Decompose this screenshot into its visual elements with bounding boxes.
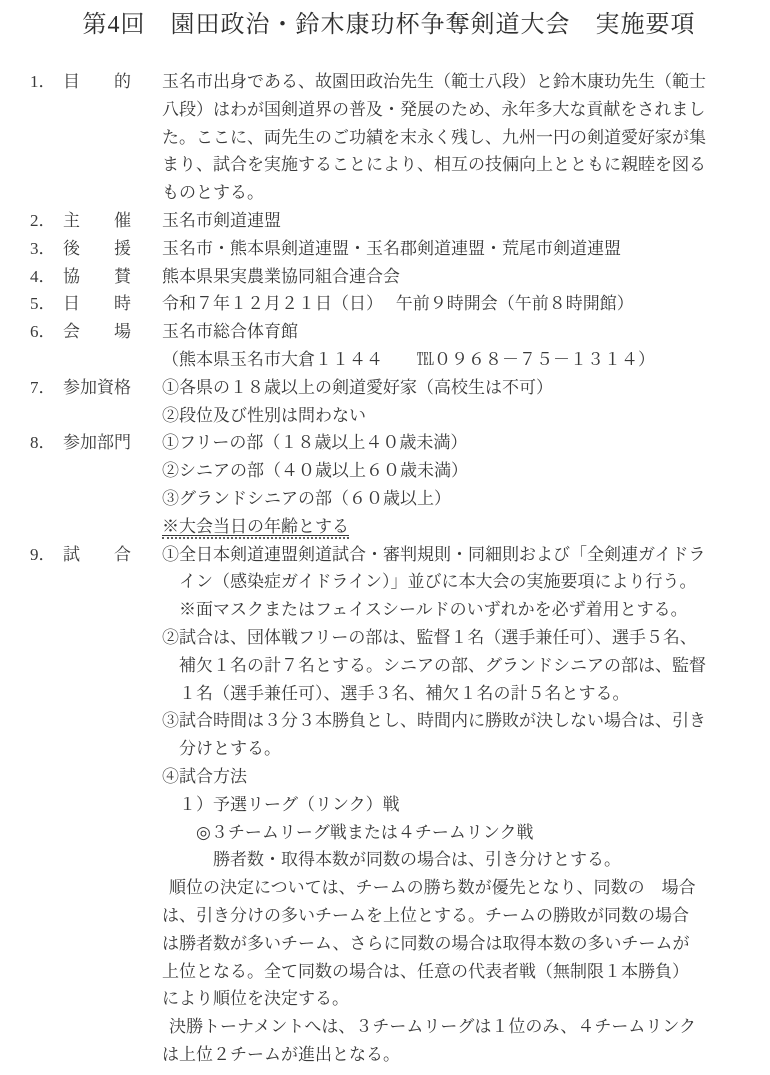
section-eligibility: 7．参加資格 ①各県の１８歳以上の剣道愛好家（高校生は不可） ②段位及び性別は問… [30, 374, 748, 430]
text-line: 八段）はわが国剣道界の普及・発展のため、永年多大な貢献をされまし [162, 96, 748, 124]
text-line: ③試合時間は３分３本勝負とし、時間内に勝敗が決しない場合は、引き [162, 707, 748, 735]
document-page: 第4回 園田政治・鈴木康玏杯争奪剣道大会 実施要項 1．目 的 玉名市出身である… [0, 0, 770, 1069]
section-number: 7． [30, 374, 63, 402]
venue-address-line: （熊本県玉名市大倉１１４４ ℡０９６８－７５－１３１４） [162, 346, 748, 374]
age-note-line: ※大会当日の年齢とする [162, 513, 748, 541]
text-line: まり、試合を実施することにより、相互の技倆向上とともに親睦を図る [162, 151, 748, 179]
section-body: 熊本県果実農業協同組合連合会 [162, 263, 748, 291]
text-line: 玉名市総合体育館 [162, 318, 748, 346]
section-label: 7．参加資格 [30, 374, 162, 430]
section-match: 9．試 合 ①全日本剣道連盟剣道試合・審判規則・同細則および「全剣連ガイドラ イ… [30, 541, 748, 1069]
section-body: 玉名市・熊本県剣道連盟・玉名郡剣道連盟・荒尾市剣道連盟 [162, 235, 748, 263]
text-line: た。ここに、両先生のご功績を末永く残し、九州一円の剣道愛好家が集 [162, 124, 748, 152]
section-number: 6． [30, 318, 63, 346]
text-line: 決勝トーナメントへは、３チームリーグは１位のみ、４チームリンク [162, 1013, 748, 1041]
section-number: 5． [30, 290, 63, 318]
text-line: ものとする。 [162, 179, 748, 207]
section-divisions: 8．参加部門 ①フリーの部（１８歳以上４０歳未満） ②シニアの部（４０歳以上６０… [30, 429, 748, 540]
section-purpose: 1．目 的 玉名市出身である、故園田政治先生（範士八段）と鈴木康玏先生（範士 八… [30, 68, 748, 207]
text-line: ①各県の１８歳以上の剣道愛好家（高校生は不可） [162, 374, 748, 402]
section-heading: 会 場 [63, 322, 131, 341]
section-body: 令和７年１２月２１日（日） 午前９時開会（午前８時開館） [162, 290, 748, 318]
text-line: ③グランドシニアの部（６０歳以上） [162, 485, 748, 513]
section-heading: 協 賛 [63, 267, 131, 286]
section-body: 玉名市剣道連盟 [162, 207, 748, 235]
section-label: 4．協 賛 [30, 263, 162, 291]
section-body: 玉名市出身である、故園田政治先生（範士八段）と鈴木康玏先生（範士 八段）はわが国… [162, 68, 748, 207]
text-line: １名（選手兼任可）、選手３名、補欠１名の計５名とする。 [162, 680, 748, 708]
text-line: は上位２チームが進出となる。 [162, 1041, 748, 1069]
text-line: ①フリーの部（１８歳以上４０歳未満） [162, 429, 748, 457]
section-number: 2． [30, 207, 63, 235]
text-line: 順位の決定については、チームの勝ち数が優先となり、同数の 場合 [162, 874, 748, 902]
text-line: ②シニアの部（４０歳以上６０歳未満） [162, 457, 748, 485]
section-number: 8． [30, 429, 63, 457]
section-body: ①各県の１８歳以上の剣道愛好家（高校生は不可） ②段位及び性別は問わない [162, 374, 748, 430]
text-line: イン（感染症ガイドライン）」並びに本大会の実施要項により行う。 [162, 568, 748, 596]
section-sponsor: 4．協 賛 熊本県果実農業協同組合連合会 [30, 263, 748, 291]
section-label: 9．試 合 [30, 541, 162, 1069]
text-line: 玉名市出身である、故園田政治先生（範士八段）と鈴木康玏先生（範士 [162, 68, 748, 96]
text-line: により順位を決定する。 [162, 985, 748, 1013]
text-line: 上位となる。全て同数の場合は、任意の代表者戦（無制限１本勝負） [162, 958, 748, 986]
section-number: 1． [30, 68, 63, 96]
section-label: 5．日 時 [30, 290, 162, 318]
text-line: 勝者数・取得本数が同数の場合は、引き分けとする。 [162, 846, 748, 874]
age-note-underlined-text: ※大会当日の年齢とする [162, 517, 349, 539]
text-line: は、引き分けの多いチームを上位とする。チームの勝敗が同数の場合 [162, 902, 748, 930]
text-line: ◎３チームリーグ戦または４チームリンク戦 [162, 819, 748, 847]
section-body: ①全日本剣道連盟剣道試合・審判規則・同細則および「全剣連ガイドラ イン（感染症ガ… [162, 541, 748, 1069]
section-label: 6．会 場 [30, 318, 162, 374]
section-heading: 試 合 [63, 545, 131, 564]
text-line: 補欠１名の計７名とする。シニアの部、グランドシニアの部は、監督 [162, 652, 748, 680]
section-venue: 6．会 場 玉名市総合体育館 （熊本県玉名市大倉１１４４ ℡０９６８－７５－１３… [30, 318, 748, 374]
text-line: ②試合は、団体戦フリーの部は、監督１名（選手兼任可）、選手５名、 [162, 624, 748, 652]
section-body: 玉名市総合体育館 （熊本県玉名市大倉１１４４ ℡０９６８－７５－１３１４） [162, 318, 748, 374]
text-line: ※面マスクまたはフェイスシールドのいずれかを必ず着用とする。 [162, 596, 748, 624]
section-body: ①フリーの部（１８歳以上４０歳未満） ②シニアの部（４０歳以上６０歳未満） ③グ… [162, 429, 748, 540]
section-heading: 日 時 [63, 294, 131, 313]
text-line: ①全日本剣道連盟剣道試合・審判規則・同細則および「全剣連ガイドラ [162, 541, 748, 569]
section-heading: 参加部門 [63, 433, 131, 452]
text-line: １）予選リーグ（リンク）戦 [162, 791, 748, 819]
section-number: 4． [30, 263, 63, 291]
doc-title: 第4回 園田政治・鈴木康玏杯争奪剣道大会 実施要項 [30, 8, 748, 42]
section-heading: 主 催 [63, 211, 131, 230]
section-label: 3．後 援 [30, 235, 162, 263]
text-line: ④試合方法 [162, 763, 748, 791]
section-heading: 参加資格 [63, 378, 131, 397]
section-host: 2．主 催 玉名市剣道連盟 [30, 207, 748, 235]
section-datetime: 5．日 時 令和７年１２月２１日（日） 午前９時開会（午前８時開館） [30, 290, 748, 318]
section-number: 9． [30, 541, 63, 569]
section-heading: 後 援 [63, 239, 131, 258]
text-line: は勝者数が多いチーム、さらに同数の場合は取得本数の多いチームが [162, 930, 748, 958]
text-line: ②段位及び性別は問わない [162, 402, 748, 430]
section-support: 3．後 援 玉名市・熊本県剣道連盟・玉名郡剣道連盟・荒尾市剣道連盟 [30, 235, 748, 263]
text-line: 玉名市・熊本県剣道連盟・玉名郡剣道連盟・荒尾市剣道連盟 [162, 235, 748, 263]
section-number: 3． [30, 235, 63, 263]
text-line: 令和７年１２月２１日（日） 午前９時開会（午前８時開館） [162, 290, 748, 318]
section-label: 8．参加部門 [30, 429, 162, 540]
section-label: 2．主 催 [30, 207, 162, 235]
section-heading: 目 的 [63, 72, 131, 91]
text-line: 分けとする。 [162, 735, 748, 763]
text-line: 玉名市剣道連盟 [162, 207, 748, 235]
text-line: 熊本県果実農業協同組合連合会 [162, 263, 748, 291]
section-label: 1．目 的 [30, 68, 162, 207]
